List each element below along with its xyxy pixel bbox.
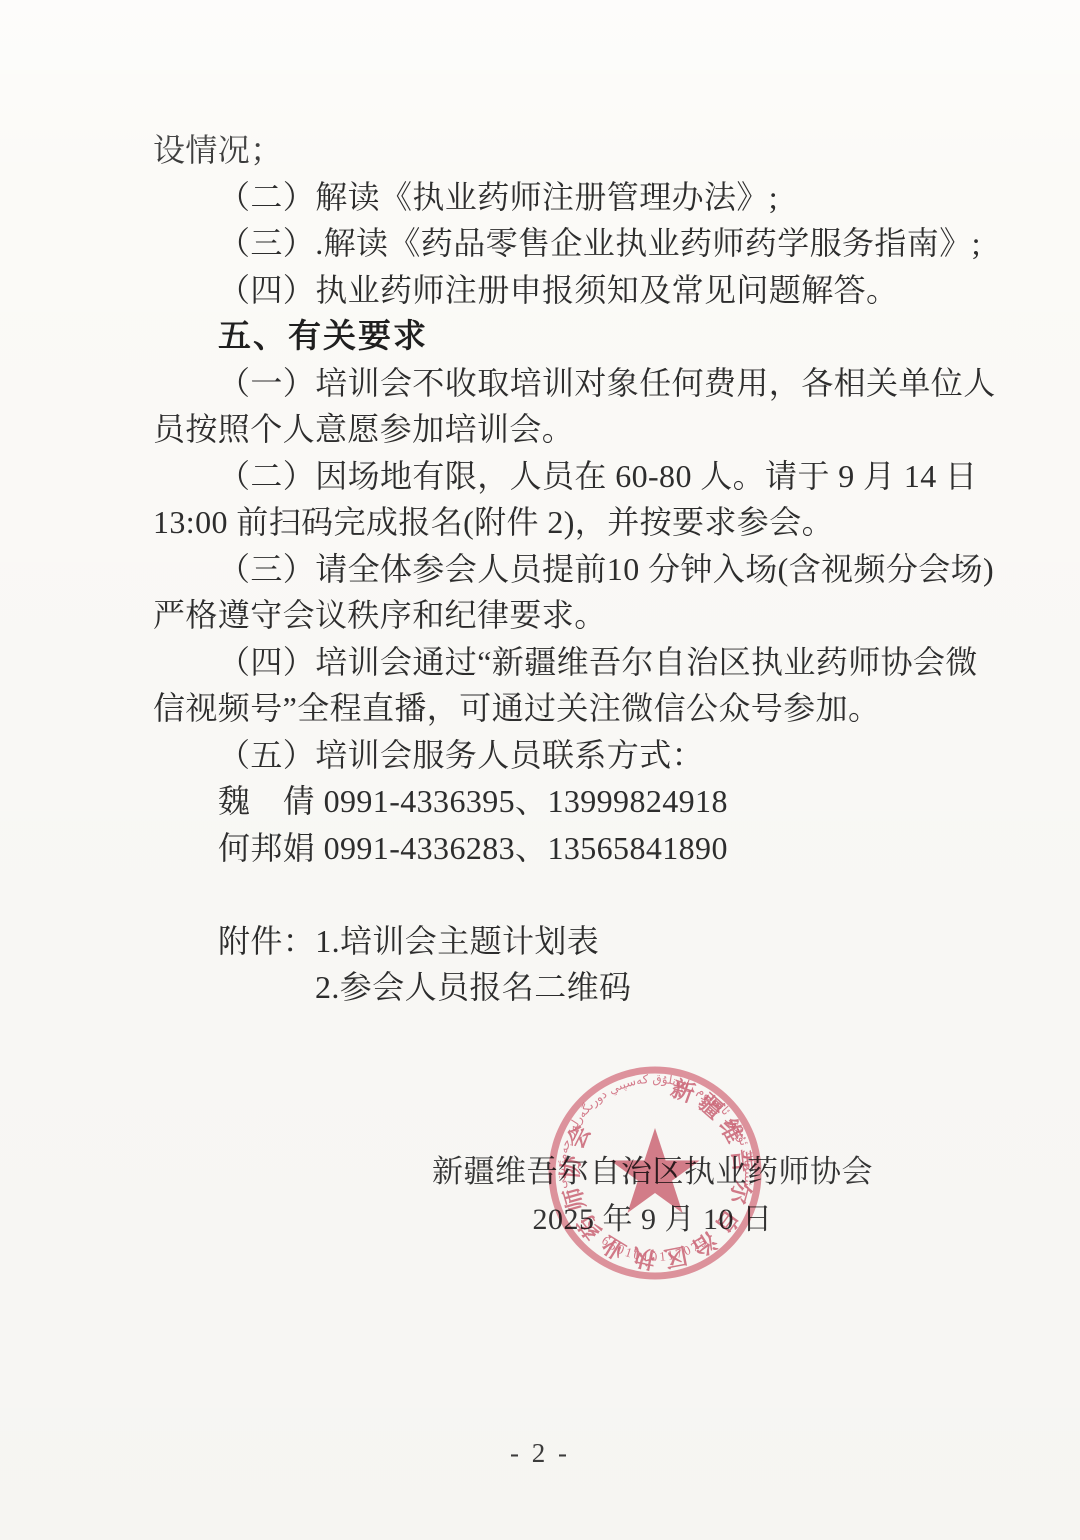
document-body: 设情况； （二）解读《执业药师注册管理办法》; （三）.解读《药品零售企业执业药… <box>153 127 943 1011</box>
body-line: 13:00 前扫码完成报名(附件 2)，并按要求参会。 <box>153 499 943 546</box>
body-line: 严格遵守会议秩序和纪律要求。 <box>153 592 943 639</box>
body-line: 信视频号”全程直播，可通过关注微信公众号参加。 <box>153 685 943 732</box>
body-line: （五）培训会服务人员联系方式： <box>153 732 943 779</box>
body-line: （一）培训会不收取培训对象任何费用，各相关单位人 <box>153 360 943 407</box>
official-seal-stamp: شىنجاڭ ئۇيغۇر ئاپتونوم رايونلۇق كەسپىي د… <box>539 1057 771 1289</box>
contact-line: 何邦娟 0991-4336283、13565841890 <box>153 825 943 872</box>
body-line: （二）因场地有限，人员在 60-80 人。请于 9 月 14 日 <box>153 453 943 500</box>
page-number: - 2 - <box>0 1438 1080 1469</box>
attachment-line: 2.参会人员报名二维码 <box>153 964 943 1011</box>
body-line: （二）解读《执业药师注册管理办法》; <box>153 174 943 221</box>
document-page: 设情况； （二）解读《执业药师注册管理办法》; （三）.解读《药品零售企业执业药… <box>0 0 1080 1540</box>
body-line: （四）执业药师注册申报须知及常见问题解答。 <box>153 267 943 314</box>
star-icon <box>610 1128 699 1213</box>
body-line: 设情况； <box>153 127 943 174</box>
body-line: （三）请全体参会人员提前10 分钟入场(含视频分会场) <box>153 546 943 593</box>
body-line: （四）培训会通过“新疆维吾尔自治区执业药师协会微 <box>153 639 943 686</box>
section-heading: 五、有关要求 <box>153 313 943 360</box>
body-line: （三）.解读《药品零售企业执业药师药学服务指南》; <box>153 220 943 267</box>
body-line: 员按照个人意愿参加培训会。 <box>153 406 943 453</box>
attachment-line: 附件：1.培训会主题计划表 <box>153 918 943 965</box>
contact-line: 魏 倩 0991-4336395、13999824918 <box>153 778 943 825</box>
